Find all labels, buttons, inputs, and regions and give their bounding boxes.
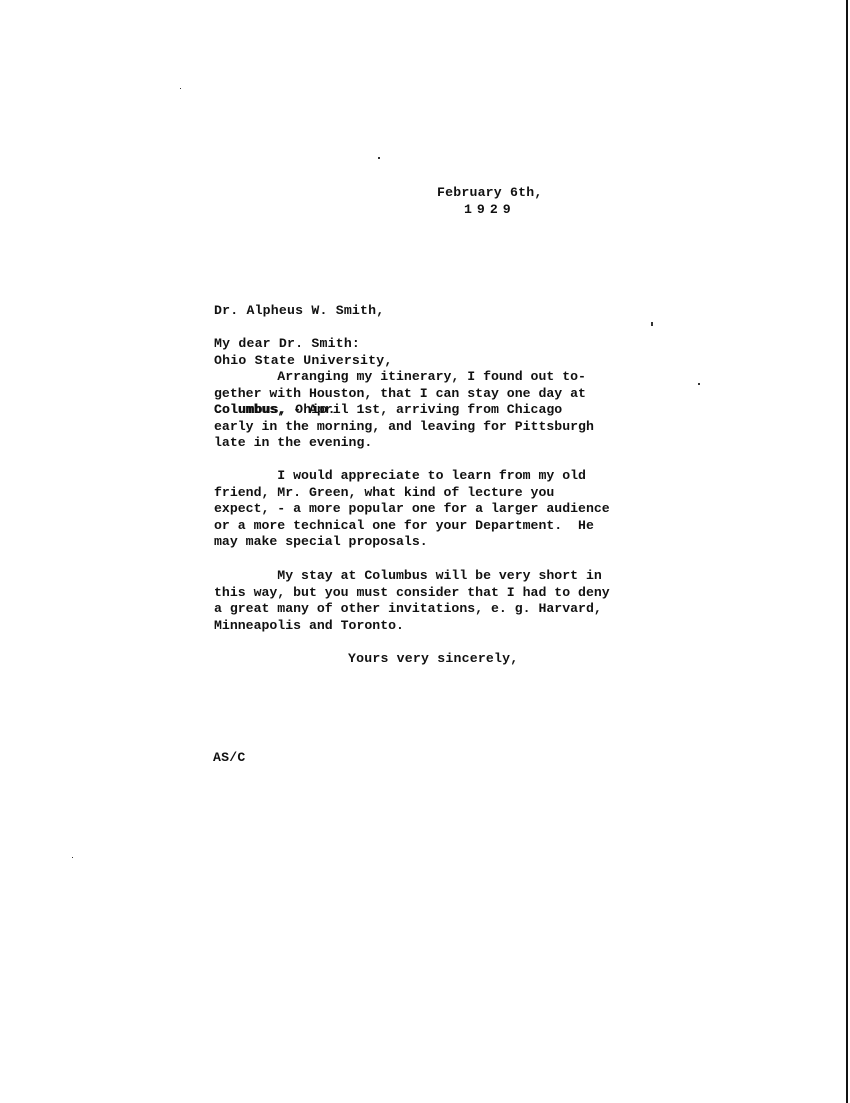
paragraph-line: this way, but you must consider that I h… — [214, 585, 644, 602]
paragraph-line: Columbus, - April 1st, arriving from Chi… — [214, 402, 644, 419]
paragraph-line: My stay at Columbus will be very short i… — [214, 568, 644, 585]
scan-speck — [698, 383, 700, 385]
paragraph-line: I would appreciate to learn from my old — [214, 468, 644, 485]
scan-edge-line — [846, 0, 848, 1103]
recipient-institution: Ohio State University, — [214, 353, 393, 370]
paragraph-line: gether with Houston, that I can stay one… — [214, 386, 644, 403]
paragraph-line: expect, - a more popular one for a large… — [214, 501, 644, 518]
paragraph-line: Minneapolis and Toronto. — [214, 618, 644, 635]
paragraph-lecture: I would appreciate to learn from my old … — [214, 468, 644, 551]
paragraph-itinerary: Arranging my itinerary, I found out to- … — [214, 369, 644, 452]
salutation: My dear Dr. Smith: — [214, 336, 360, 353]
scan-speck — [378, 157, 380, 159]
letter-date: February 6th, — [437, 185, 542, 202]
paragraph-line: late in the evening. — [214, 435, 644, 452]
scan-speck — [180, 88, 181, 89]
scan-speck — [651, 322, 653, 326]
closing: Yours very sincerely, — [348, 651, 518, 668]
paragraph-line: may make special proposals. — [214, 534, 644, 551]
recipient-name: Dr. Alpheus W. Smith, — [214, 303, 393, 320]
letter-page: February 6th, 1929 Dr. Alpheus W. Smith,… — [0, 0, 850, 1103]
paragraph-line: early in the morning, and leaving for Pi… — [214, 419, 644, 436]
typist-initials: AS/C — [213, 750, 245, 767]
scan-speck — [72, 857, 73, 858]
letter-year: 1929 — [464, 202, 516, 219]
paragraph-line: friend, Mr. Green, what kind of lecture … — [214, 485, 644, 502]
paragraph-line: a great many of other invitations, e. g.… — [214, 601, 644, 618]
paragraph-line: or a more technical one for your Departm… — [214, 518, 644, 535]
paragraph-stay: My stay at Columbus will be very short i… — [214, 568, 644, 634]
paragraph-line: Arranging my itinerary, I found out to- — [214, 369, 644, 386]
